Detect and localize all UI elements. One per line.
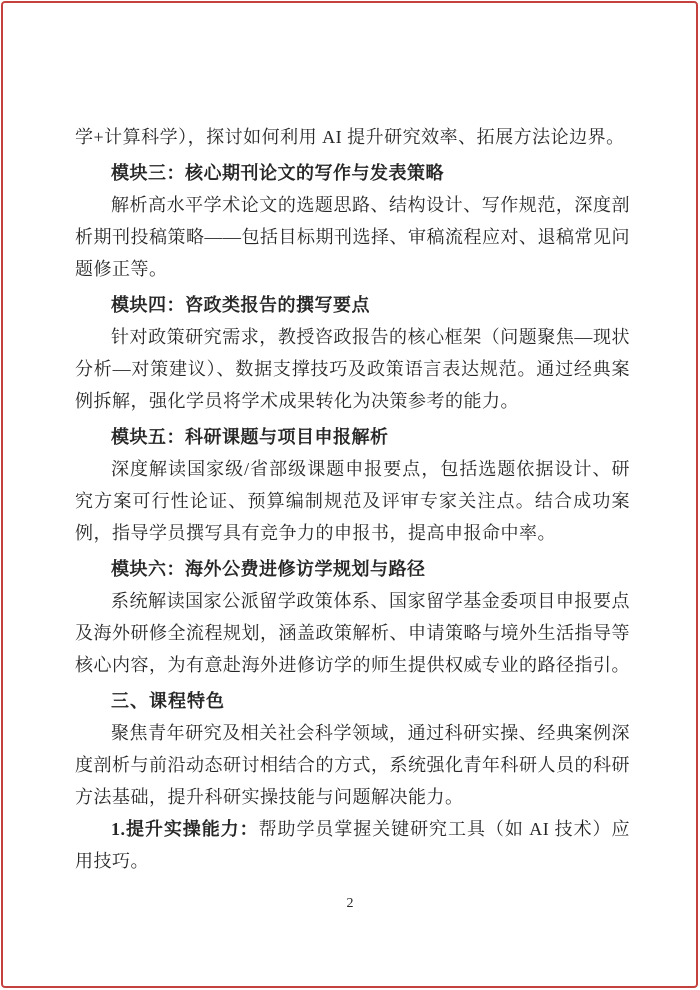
module-3-paragraph: 解析高水平学术论文的选题思路、结构设计、写作规范，深度剖析期刊投稿策略——包括目… bbox=[75, 189, 630, 285]
paragraph-continuation: 学+计算科学），探讨如何利用 AI 提升研究效率、拓展方法论边界。 bbox=[75, 121, 630, 153]
module-6-paragraph: 系统解读国家公派留学政策体系、国家留学基金委项目申报要点及海外研修全流程规划，涵… bbox=[75, 585, 630, 681]
section-3-paragraph: 聚焦青年研究及相关社会科学领域，通过科研实操、经典案例深度剖析与前沿动态研讨相结… bbox=[75, 717, 630, 813]
module-6-heading: 模块六：海外公费进修访学规划与路径 bbox=[75, 553, 630, 585]
module-5-paragraph: 深度解读国家级/省部级课题申报要点，包括选题依据设计、研究方案可行性论证、预算编… bbox=[75, 453, 630, 549]
module-5-heading: 模块五：科研课题与项目申报解析 bbox=[75, 421, 630, 453]
document-content: 学+计算科学），探讨如何利用 AI 提升研究效率、拓展方法论边界。 模块三：核心… bbox=[75, 121, 630, 877]
module-3-heading: 模块三：核心期刊论文的写作与发表策略 bbox=[75, 157, 630, 189]
page-number: 2 bbox=[0, 896, 700, 912]
numbered-item-1-lead: 1.提升实操能力： bbox=[111, 819, 259, 839]
module-4-paragraph: 针对政策研究需求，教授咨政报告的核心框架（问题聚焦—现状分析—对策建议）、数据支… bbox=[75, 321, 630, 417]
section-3-heading: 三、课程特色 bbox=[75, 685, 630, 717]
module-4-heading: 模块四：咨政类报告的撰写要点 bbox=[75, 289, 630, 321]
numbered-item-1: 1.提升实操能力：帮助学员掌握关键研究工具（如 AI 技术）应用技巧。 bbox=[75, 813, 630, 877]
document-page: 学+计算科学），探讨如何利用 AI 提升研究效率、拓展方法论边界。 模块三：核心… bbox=[0, 0, 700, 990]
